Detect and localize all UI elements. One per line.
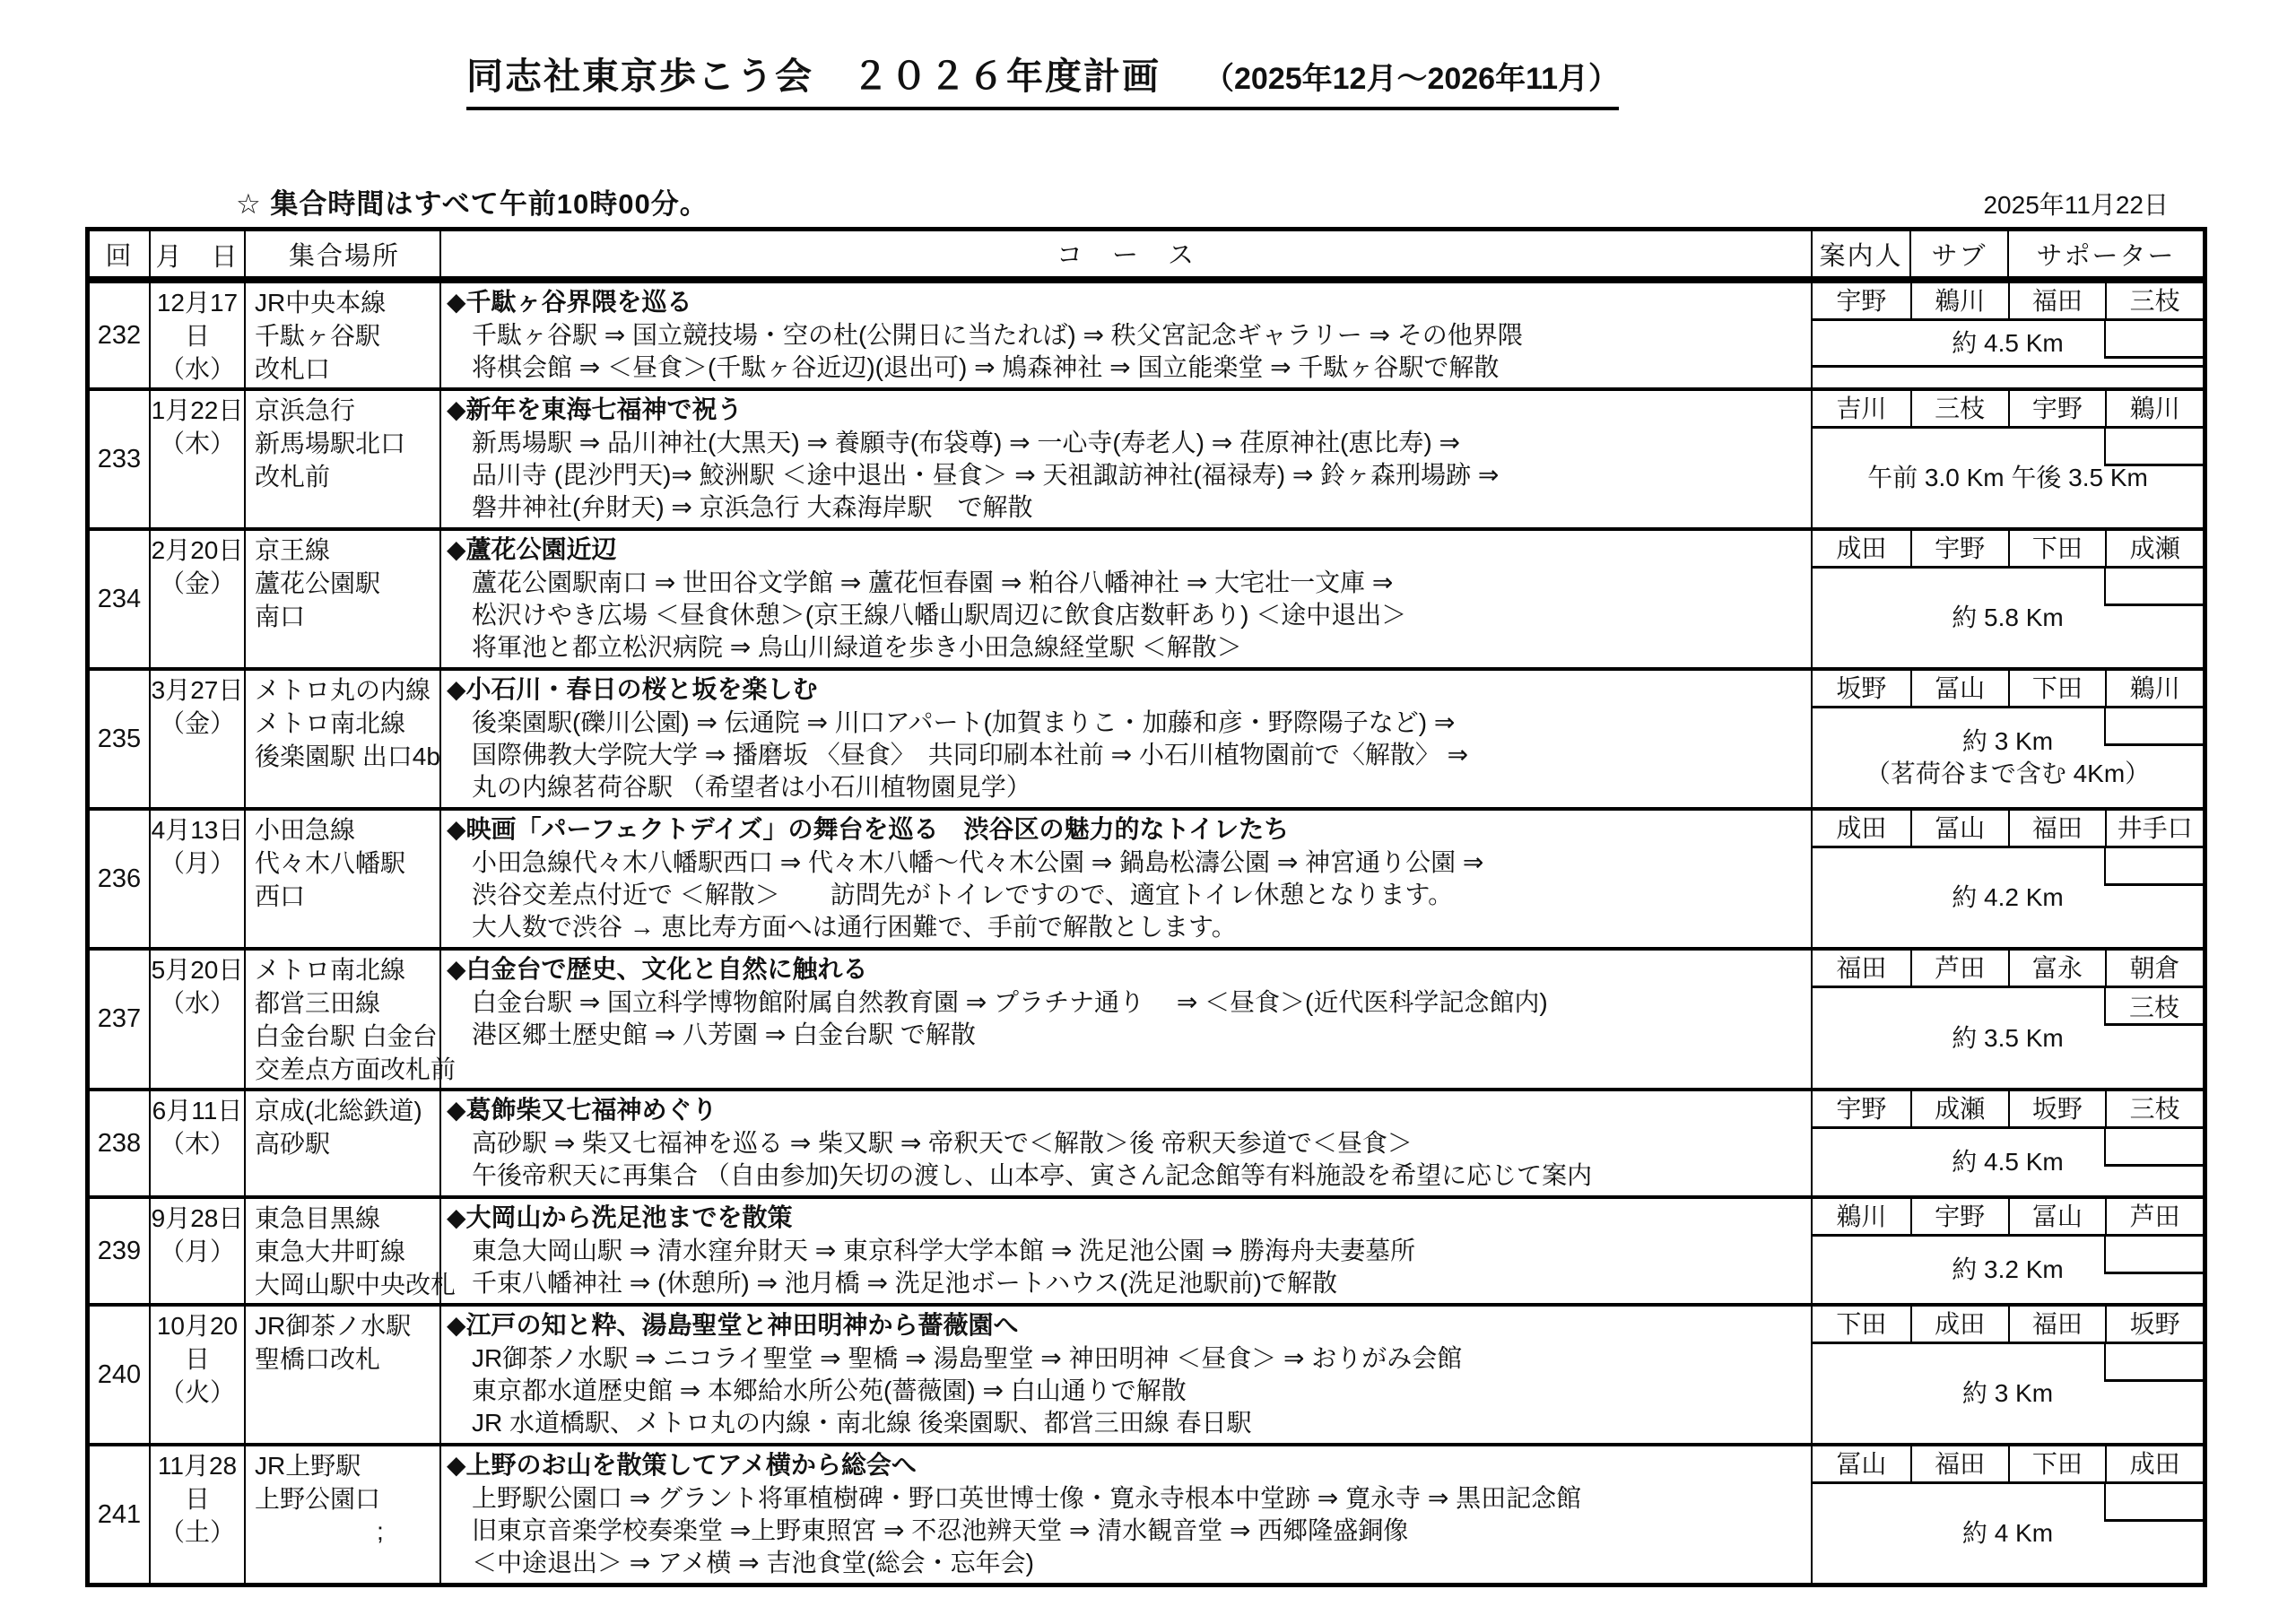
row-date: 2月20日（金） (149, 531, 244, 667)
header-no: 回 (90, 231, 149, 276)
row-meeting-place: 京王線蘆花公園駅南口 (244, 531, 439, 667)
table-row: 235 3月27日（金） メトロ丸の内線メトロ南北線後楽園駅 出口4b ◆小石川… (90, 667, 2203, 807)
staff-names: 坂野冨山下田鵜川 (1813, 671, 2203, 708)
row-course: ◆江戸の知と粋、湯島聖堂と神田明神から薔薇園へ JR御茶ノ水駅 ⇒ ニコライ聖堂… (439, 1307, 1811, 1443)
course-title: ◆小石川・春日の桜と坂を楽しむ (447, 673, 1805, 707)
course-title: ◆白金台で歴史、文化と自然に触れる (447, 952, 1805, 986)
course-lines: 新馬場駅 ⇒ 品川神社(大黒天) ⇒ 養願寺(布袋尊) ⇒ 一心寺(寿老人) ⇒… (447, 427, 1805, 524)
extra-supporter (2104, 1237, 2203, 1274)
row-number: 234 (90, 531, 149, 667)
table-row: 232 12月17日（水） JR中央本線千駄ヶ谷駅改札口 ◆千駄ヶ谷界隈を巡る … (90, 280, 2203, 387)
staff-names: 福田芦田富永朝倉 (1813, 951, 2203, 988)
schedule-table: 回 月 日 集合場所 コ ー ス 案内人 サブ サポーター 232 12月17日… (85, 227, 2207, 1587)
row-staff: 坂野冨山下田鵜川 約 3 Km（茗荷谷まで含む 4Km） (1811, 671, 2203, 807)
row-course: ◆上野のお山を散策してアメ横から総会へ 上野駅公園口 ⇒ グラント将軍植樹碑・野… (439, 1446, 1811, 1583)
row-date: 4月13日（月） (149, 811, 244, 947)
row-meeting-place: 京成(北総鉄道)高砂駅 (244, 1091, 439, 1195)
row-date: 6月11日（木） (149, 1091, 244, 1195)
course-title: ◆新年を東海七福神で祝う (447, 393, 1805, 427)
row-course: ◆蘆花公園近辺 蘆花公園駅南口 ⇒ 世田谷文学館 ⇒ 蘆花恒春園 ⇒ 粕谷八幡神… (439, 531, 1811, 667)
row-staff: 下田成田福田坂野 約 3 Km (1811, 1307, 2203, 1443)
course-title: ◆映画「パーフェクトデイズ」の舞台を巡る 渋谷区の魅力的なトイレたち (447, 812, 1805, 847)
row-date: 1月22日（木） (149, 391, 244, 527)
row-staff: 冨山福田下田成田 約 4 Km (1811, 1446, 2203, 1583)
row-number: 241 (90, 1446, 149, 1583)
row-meeting-place: JR上野駅上野公園口 (244, 1446, 439, 1583)
header-guide: 案内人 (1811, 231, 1909, 276)
row-meeting-place: 東急目黒線東急大井町線大岡山駅中央改札 (244, 1199, 439, 1303)
row-number: 240 (90, 1307, 149, 1443)
row-meeting-place: メトロ南北線都営三田線白金台駅 白金台交差点方面改札前 (244, 951, 439, 1088)
extra-supporter (2104, 1484, 2203, 1522)
row-meeting-place: 京浜急行新馬場駅北口改札前 (244, 391, 439, 527)
staff-names: 吉川三枝宇野鵜川 (1813, 391, 2203, 429)
course-title: ◆千駄ヶ谷界隈を巡る (447, 285, 1805, 319)
staff-names: 下田成田福田坂野 (1813, 1307, 2203, 1344)
course-title: ◆蘆花公園近辺 (447, 533, 1805, 567)
staff-names: 宇野成瀬坂野三枝 (1813, 1091, 2203, 1129)
course-lines: 上野駅公園口 ⇒ グラント将軍植樹碑・野口英世博士像・寛永寺根本中堂跡 ⇒ 寛永… (447, 1482, 1805, 1579)
course-lines: 白金台駅 ⇒ 国立科学博物館附属自然教育園 ⇒ プラチナ通り ⇒ ＜昼食＞(近代… (447, 986, 1805, 1051)
course-lines: 高砂駅 ⇒ 柴又七福神を巡る ⇒ 柴又駅 ⇒ 帝釈天で＜解散＞後 帝釈天参道で＜… (447, 1127, 1805, 1192)
row-meeting-place: メトロ丸の内線メトロ南北線後楽園駅 出口4b (244, 671, 439, 807)
course-lines: 小田急線代々木八幡駅西口 ⇒ 代々木八幡～代々木公園 ⇒ 鍋島松濤公園 ⇒ 神宮… (447, 847, 1805, 943)
row-staff: 吉川三枝宇野鵜川 午前 3.0 Km 午後 3.5 Km (1811, 391, 2203, 527)
row-staff: 成田冨山福田井手口 約 4.2 Km (1811, 811, 2203, 947)
row-date: 9月28日（月） (149, 1199, 244, 1303)
page-title-range: （2025年12月～2026年11月） (1204, 62, 1619, 96)
extra-supporter (2104, 321, 2203, 359)
issue-date: 2025年11月22日 (1983, 186, 2169, 221)
table-row: 236 4月13日（月） 小田急線代々木八幡駅西口 ◆映画「パーフェクトデイズ」… (90, 807, 2203, 947)
row-date: 5月20日（水） (149, 951, 244, 1088)
row-number: 233 (90, 391, 149, 527)
staff-names: 宇野鵜川福田三枝 (1813, 283, 2203, 321)
footer-mark: ; (377, 1517, 384, 1546)
row-course: ◆新年を東海七福神で祝う 新馬場駅 ⇒ 品川神社(大黒天) ⇒ 養願寺(布袋尊)… (439, 391, 1811, 527)
table-row: 234 2月20日（金） 京王線蘆花公園駅南口 ◆蘆花公園近辺 蘆花公園駅南口 … (90, 527, 2203, 667)
table-row: 241 11月28日（土） JR上野駅上野公園口 ◆上野のお山を散策してアメ横か… (90, 1443, 2203, 1583)
meeting-time-note: ☆ 集合時間はすべて午前10時00分。 (236, 181, 709, 221)
table-row: 240 10月20日（火） JR御茶ノ水駅聖橋口改札 ◆江戸の知と粋、湯島聖堂と… (90, 1303, 2203, 1443)
row-course: ◆葛飾柴又七福神めぐり 高砂駅 ⇒ 柴又七福神を巡る ⇒ 柴又駅 ⇒ 帝釈天で＜… (439, 1091, 1811, 1195)
staff-names: 成田宇野下田成瀬 (1813, 531, 2203, 569)
row-number: 232 (90, 283, 149, 387)
row-number: 236 (90, 811, 149, 947)
extra-supporter (2104, 1344, 2203, 1382)
row-date: 12月17日（水） (149, 283, 244, 387)
row-course: ◆千駄ヶ谷界隈を巡る 千駄ヶ谷駅 ⇒ 国立競技場・空の杜(公開日に当たれば) ⇒… (439, 283, 1811, 387)
header-date: 月 日 (149, 231, 244, 276)
row-course: ◆大岡山から洗足池までを散策 東急大岡山駅 ⇒ 清水窪弁財天 ⇒ 東京科学大学本… (439, 1199, 1811, 1303)
course-lines: 東急大岡山駅 ⇒ 清水窪弁財天 ⇒ 東京科学大学本館 ⇒ 洗足池公園 ⇒ 勝海舟… (447, 1235, 1805, 1299)
course-lines: 千駄ヶ谷駅 ⇒ 国立競技場・空の杜(公開日に当たれば) ⇒ 秩父宮記念ギャラリー… (447, 319, 1805, 384)
extra-supporter (2104, 848, 2203, 886)
course-lines: JR御茶ノ水駅 ⇒ ニコライ聖堂 ⇒ 聖橋 ⇒ 湯島聖堂 ⇒ 神田明神 ＜昼食＞… (447, 1342, 1805, 1439)
header-course: コ ー ス (439, 231, 1811, 276)
extra-supporter: 三枝 (2104, 988, 2203, 1026)
row-staff: 成田宇野下田成瀬 約 5.8 Km (1811, 531, 2203, 667)
row-date: 3月27日（金） (149, 671, 244, 807)
extra-supporter (2104, 1129, 2203, 1167)
table-row: 238 6月11日（木） 京成(北総鉄道)高砂駅 ◆葛飾柴又七福神めぐり 高砂駅… (90, 1088, 2203, 1195)
table-row: 237 5月20日（水） メトロ南北線都営三田線白金台駅 白金台交差点方面改札前… (90, 947, 2203, 1088)
header-supporter: サポーター (2007, 231, 2203, 276)
row-staff: 福田芦田富永朝倉 三枝 約 3.5 Km (1811, 951, 2203, 1088)
staff-names: 成田冨山福田井手口 (1813, 811, 2203, 848)
row-course: ◆小石川・春日の桜と坂を楽しむ 後楽園駅(礫川公園) ⇒ 伝通院 ⇒ 川口アパー… (439, 671, 1811, 807)
row-number: 239 (90, 1199, 149, 1303)
table-body: 232 12月17日（水） JR中央本線千駄ヶ谷駅改札口 ◆千駄ヶ谷界隈を巡る … (90, 280, 2203, 1583)
course-title: ◆葛飾柴又七福神めぐり (447, 1093, 1805, 1127)
row-number: 237 (90, 951, 149, 1088)
header-sub: サブ (1909, 231, 2007, 276)
staff-names: 冨山福田下田成田 (1813, 1446, 2203, 1484)
row-date: 10月20日（火） (149, 1307, 244, 1443)
row-meeting-place: 小田急線代々木八幡駅西口 (244, 811, 439, 947)
course-title: ◆上野のお山を散策してアメ横から総会へ (447, 1448, 1805, 1482)
staff-names: 鵜川宇野冨山芦田 (1813, 1199, 2203, 1237)
row-course: ◆白金台で歴史、文化と自然に触れる 白金台駅 ⇒ 国立科学博物館附属自然教育園 … (439, 951, 1811, 1088)
table-row: 233 1月22日（木） 京浜急行新馬場駅北口改札前 ◆新年を東海七福神で祝う … (90, 387, 2203, 527)
course-lines: 後楽園駅(礫川公園) ⇒ 伝通院 ⇒ 川口アパート(加賀まりこ・加藤和彦・野際陽… (447, 707, 1805, 803)
extra-supporter (2104, 429, 2203, 466)
row-course: ◆映画「パーフェクトデイズ」の舞台を巡る 渋谷区の魅力的なトイレたち 小田急線代… (439, 811, 1811, 947)
extra-supporter (2104, 708, 2203, 746)
page-title: 同志社東京歩こう会 ２０２６年度計画（2025年12月～2026年11月） (466, 47, 1619, 110)
table-header-row: 回 月 日 集合場所 コ ー ス 案内人 サブ サポーター (90, 231, 2203, 280)
row-number: 235 (90, 671, 149, 807)
course-lines: 蘆花公園駅南口 ⇒ 世田谷文学館 ⇒ 蘆花恒春園 ⇒ 粕谷八幡神社 ⇒ 大宅壮一… (447, 567, 1805, 664)
row-staff: 宇野鵜川福田三枝 約 4.5 Km (1811, 283, 2203, 387)
course-title: ◆大岡山から洗足池までを散策 (447, 1201, 1805, 1235)
row-staff: 宇野成瀬坂野三枝 約 4.5 Km (1811, 1091, 2203, 1195)
course-title: ◆江戸の知と粋、湯島聖堂と神田明神から薔薇園へ (447, 1308, 1805, 1342)
row-meeting-place: JR中央本線千駄ヶ谷駅改札口 (244, 283, 439, 387)
row-number: 238 (90, 1091, 149, 1195)
page-title-main: 同志社東京歩こう会 ２０２６年度計画 (466, 56, 1161, 97)
table-row: 239 9月28日（月） 東急目黒線東急大井町線大岡山駅中央改札 ◆大岡山から洗… (90, 1195, 2203, 1303)
row-meeting-place: JR御茶ノ水駅聖橋口改札 (244, 1307, 439, 1443)
header-place: 集合場所 (244, 231, 439, 276)
row-date: 11月28日（土） (149, 1446, 244, 1583)
extra-supporter (2104, 569, 2203, 606)
row-staff: 鵜川宇野冨山芦田 約 3.2 Km (1811, 1199, 2203, 1303)
